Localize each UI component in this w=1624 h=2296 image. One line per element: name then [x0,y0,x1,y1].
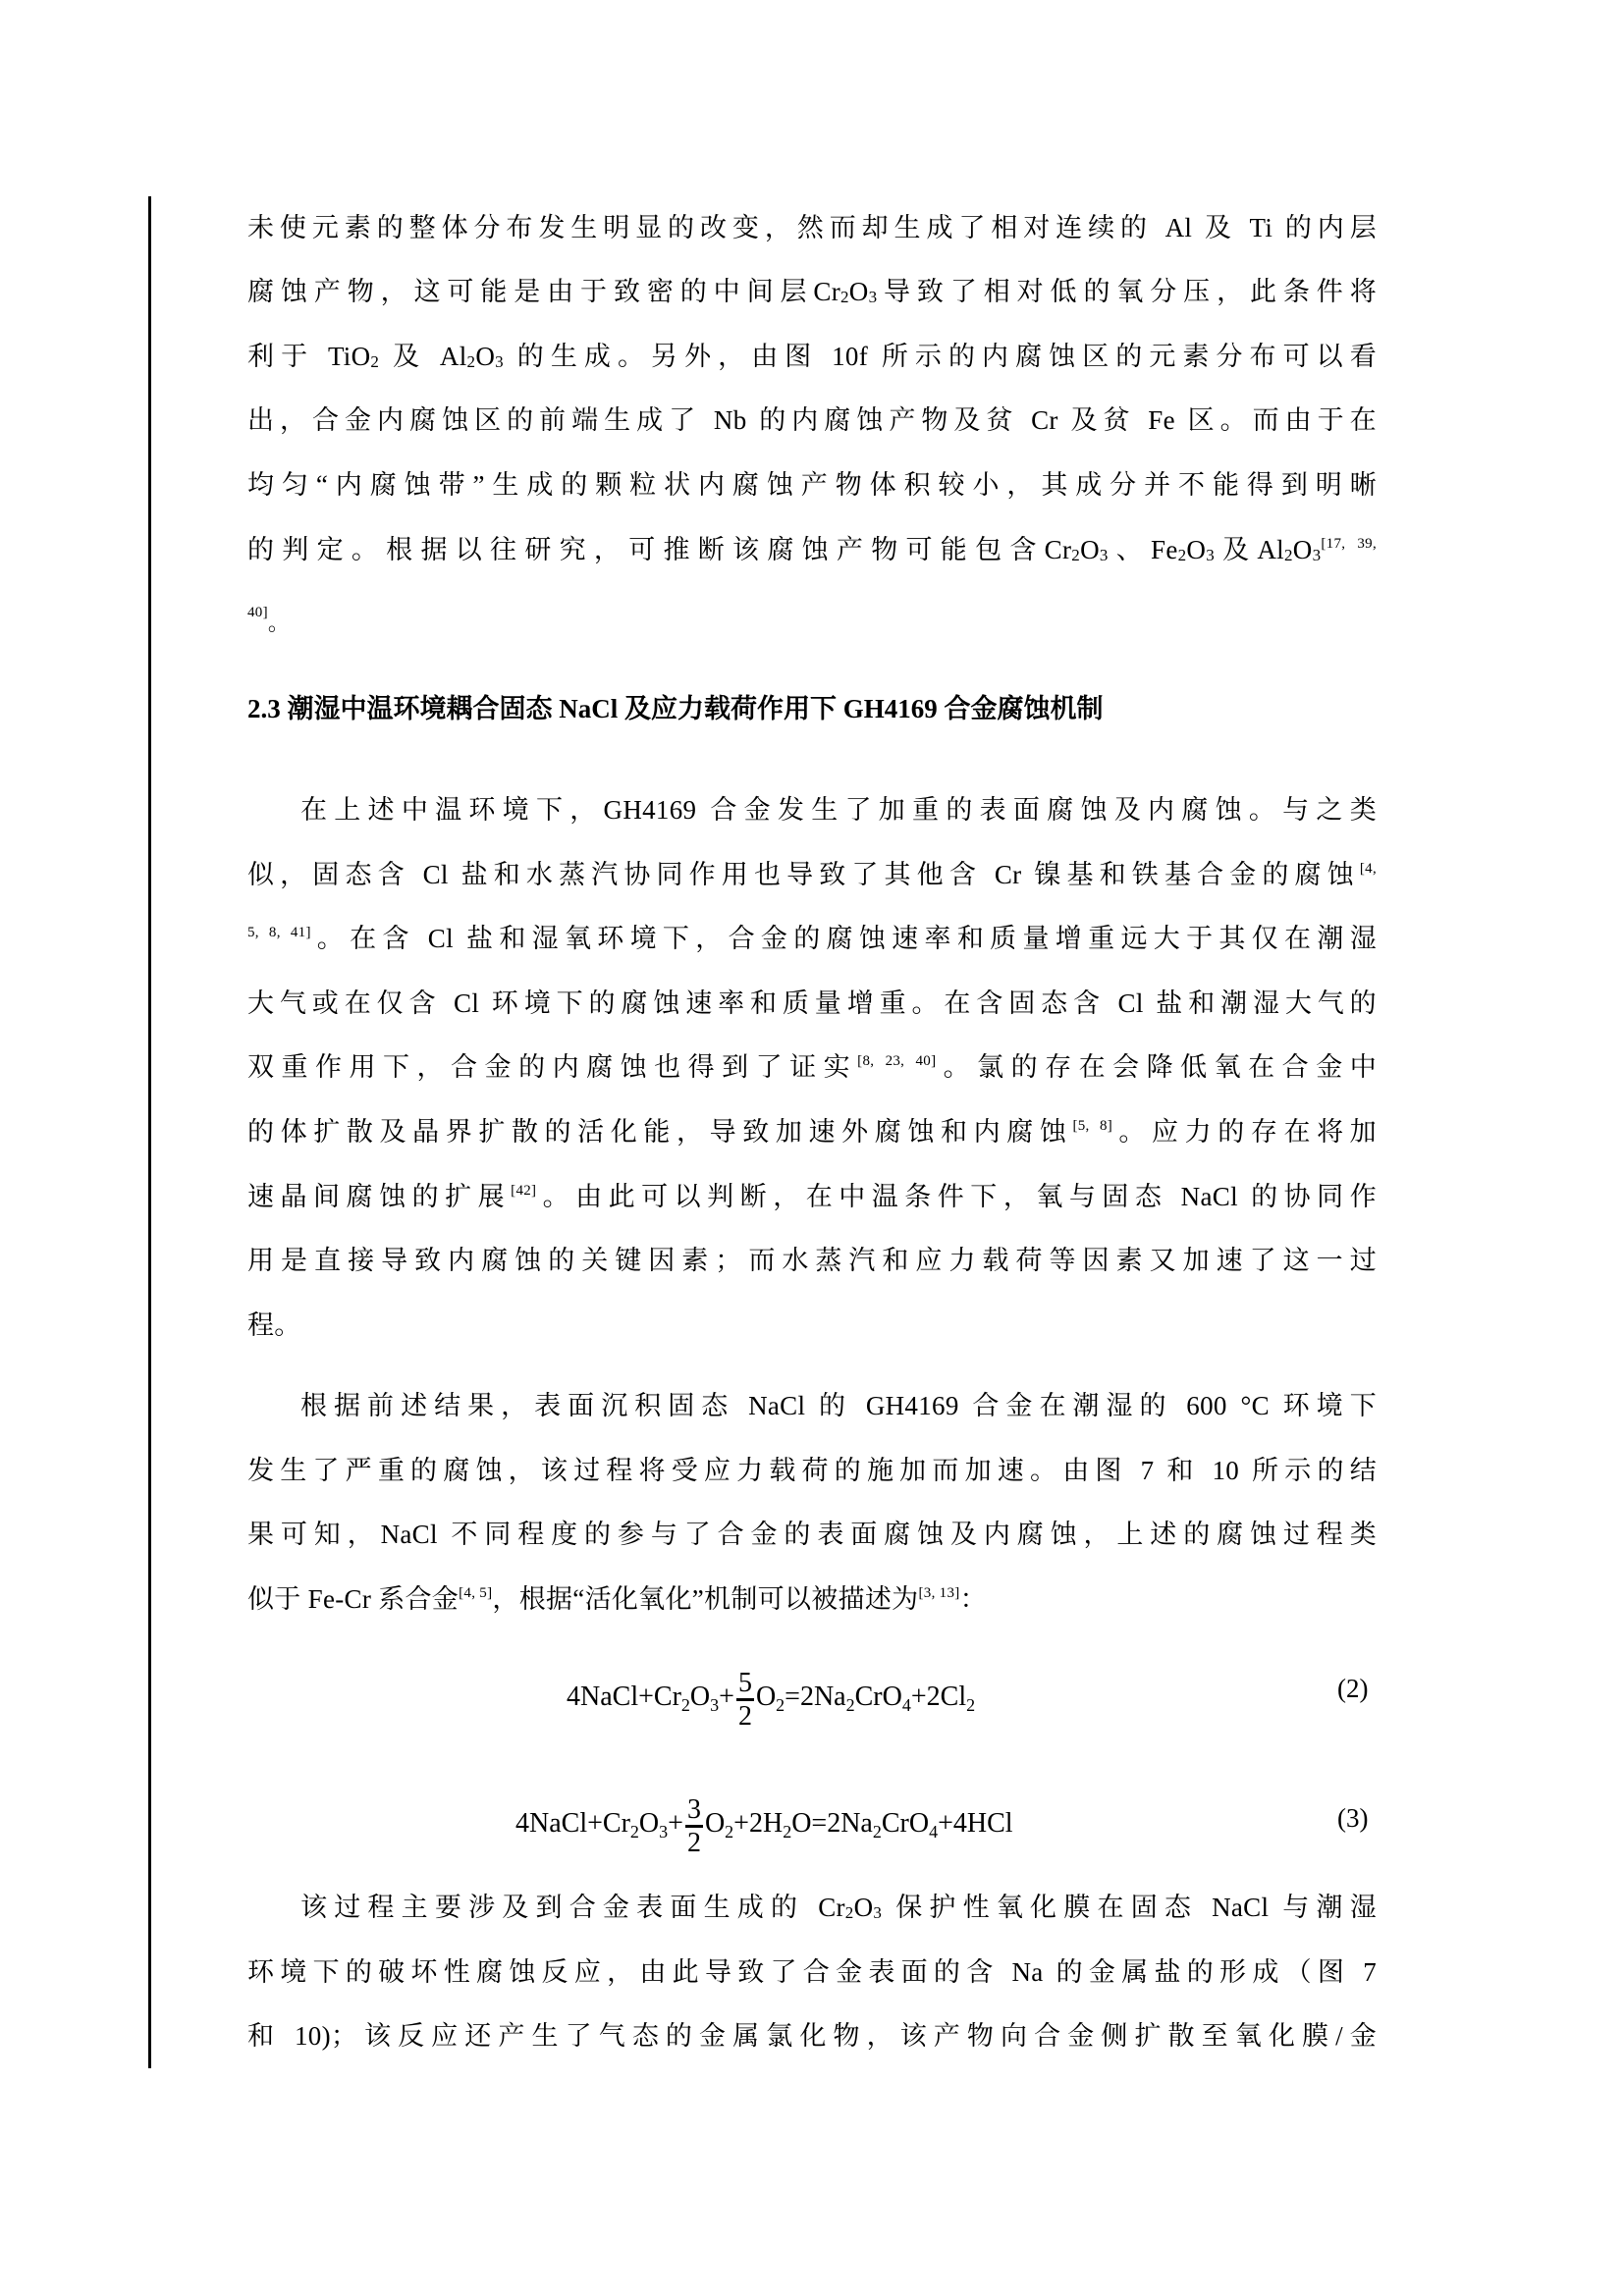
section-heading: 2.3 潮湿中温环境耦合固态 NaCl 及应力载荷作用下 GH4169 合金腐蚀… [247,689,1104,728]
text-line: 大气或在仅含 Cl 环境下的腐蚀速率和质量增重。在含固态含 Cl 盐和潮湿大气的 [247,984,1377,1023]
subscript: 4 [902,1695,911,1715]
text-segment: 。氯的存在会降低氧在合金中 [936,1052,1377,1082]
eq-term: O [639,1808,659,1839]
subscript: 2 [630,1822,639,1842]
text-line: 发生了严重的腐蚀，该过程将受应力载荷的施加而加速。由图 7 和 10 所示的结 [247,1451,1377,1490]
text-segment: 导致了相对低的氧分压，此条件将 [877,277,1377,306]
subscript: 2 [467,352,476,371]
text-segment: 似于 Fe-Cr 系合金 [247,1584,459,1614]
text-line: 的体扩散及晶界扩散的活化能，导致加速外腐蚀和内腐蚀[5, 8]。应力的存在将加 [247,1112,1377,1151]
text-segment: 。由此可以判断，在中温条件下，氧与固态 NaCl 的协同作 [536,1182,1377,1211]
eq-term: O [756,1682,776,1712]
text-segment: ： [960,1584,987,1614]
text-segment: 程。 [247,1310,301,1340]
text-line: 该过程主要涉及到合金表面生成的 Cr2O3 保护性氧化膜在固态 NaCl 与潮湿 [300,1888,1377,1927]
text-segment: O [1186,535,1206,564]
text-segment: 。 [268,611,290,635]
text-segment: ，根据“活化氧化”机制可以被描述为 [492,1584,918,1614]
citation-ref: [5, 8] [1072,1118,1112,1134]
subscript: 3 [1206,546,1215,564]
subscript: 2 [1284,546,1293,564]
citation-ref: [8, 23, 40] [857,1053,936,1069]
text-segment: 未使元素的整体分布发生明显的改变，然而却生成了相对连续的 Al 及 Ti 的内层 [247,213,1377,242]
text-segment: 和 10)；该反应还产生了气态的金属氯化物，该产物向合金侧扩散至氧化膜/金 [247,2021,1377,2051]
left-margin-rule [148,196,151,2068]
text-segment: 均匀“内腐蚀带”生成的颗粒状内腐蚀产物体积较小，其成分并不能得到明晰 [247,470,1377,500]
text-segment: O [1293,535,1313,564]
citation-ref: [42] [511,1183,536,1199]
subscript: 3 [495,352,504,371]
text-segment: 用是直接导致内腐蚀的关键因素；而水蒸汽和应力载荷等因素又加速了这一过 [247,1246,1377,1275]
text-line: 均匀“内腐蚀带”生成的颗粒状内腐蚀产物体积较小，其成分并不能得到明晰 [247,465,1377,505]
text-line: 程。 [247,1306,1377,1345]
subscript: 2 [681,1695,690,1715]
eq-term: +4HCl [938,1808,1012,1839]
text-line: 果可知，NaCl 不同程度的参与了合金的表面腐蚀及内腐蚀，上述的腐蚀过程类 [247,1515,1377,1554]
text-line: 根据前述结果，表面沉积固态 NaCl 的 GH4169 合金在潮湿的 600 °… [300,1386,1377,1425]
text-line: 未使元素的整体分布发生明显的改变，然而却生成了相对连续的 Al 及 Ti 的内层 [247,208,1377,247]
text-segment: 果可知，NaCl 不同程度的参与了合金的表面腐蚀及内腐蚀，上述的腐蚀过程类 [247,1520,1377,1549]
eq-term: +2H [733,1808,783,1839]
fraction: 32 [685,1795,703,1859]
fraction-denominator: 2 [685,1828,703,1859]
subscript: 2 [846,1695,855,1715]
subscript: 2 [1071,546,1080,564]
citation-ref: [17, 39, [1321,536,1377,552]
equation-3: 4NaCl+Cr2O3+32O2+2H2O=2Na2CrO4+4HCl [515,1793,1013,1857]
eq-term: =2Na [785,1682,845,1712]
text-segment: 的生成。另外，由图 10f 所示的内腐蚀区的元素分布可以看 [504,342,1377,371]
text-segment: 根据前述结果，表面沉积固态 NaCl 的 GH4169 合金在潮湿的 600 °… [300,1391,1377,1420]
text-line: 在上述中温环境下，GH4169 合金发生了加重的表面腐蚀及内腐蚀。与之类 [300,790,1377,829]
fraction-denominator: 2 [736,1701,754,1733]
text-line: 40]。 [247,594,1377,633]
citation-ref: 40] [247,605,268,620]
text-segment: 似，固态含 Cl 盐和水蒸汽协同作用也导致了其他含 Cr 镍基和铁基合金的腐蚀 [247,860,1360,889]
subscript: 3 [873,1903,882,1922]
text-segment: 速晶间腐蚀的扩展 [247,1182,511,1211]
text-segment: 利于 TiO [247,342,370,371]
text-segment: 双重作用下，合金的内腐蚀也得到了证实 [247,1052,857,1082]
text-line: 腐蚀产物，这可能是由于致密的中间层Cr2O3导致了相对低的氧分压，此条件将 [247,272,1377,311]
subscript: 2 [370,352,379,371]
equation-number-3: (3) [1337,1798,1368,1838]
eq-term: O [690,1682,710,1712]
text-segment: 。应力的存在将加 [1112,1117,1377,1147]
eq-term: O [705,1808,725,1839]
text-segment: 大气或在仅含 Cl 环境下的腐蚀速率和质量增重。在含固态含 Cl 盐和潮湿大气的 [247,988,1377,1018]
eq-term: 4NaCl+Cr [567,1682,681,1712]
fraction-numerator: 3 [685,1795,703,1828]
subscript: 2 [873,1822,882,1842]
subscript: 2 [783,1822,791,1842]
text-segment: O [849,277,869,306]
text-line: 用是直接导致内腐蚀的关键因素；而水蒸汽和应力载荷等因素又加速了这一过 [247,1241,1377,1280]
text-segment: 保护性氧化膜在固态 NaCl 与潮湿 [882,1893,1377,1922]
text-line: 速晶间腐蚀的扩展[42]。由此可以判断，在中温条件下，氧与固态 NaCl 的协同… [247,1177,1377,1216]
text-line: 出，合金内腐蚀区的前端生成了 Nb 的内腐蚀产物及贫 Cr 及贫 Fe 区。而由… [247,400,1377,440]
text-segment: 的判定。根据以往研究，可推断该腐蚀产物可能包含Cr [247,535,1071,564]
text-segment: 。在含 Cl 盐和湿氧环境下，合金的腐蚀速率和质量增重远大于其仅在潮湿 [311,924,1377,953]
text-line: 的判定。根据以往研究，可推断该腐蚀产物可能包含Cr2O3、Fe2O3及Al2O3… [247,530,1377,569]
text-line: 环境下的破坏性腐蚀反应，由此导致了合金表面的含 Na 的金属盐的形成（图 7 [247,1952,1377,1992]
text-line: 似于 Fe-Cr 系合金[4, 5]，根据“活化氧化”机制可以被描述为[3, 1… [247,1579,1377,1619]
citation-ref: [4, 5] [459,1585,492,1601]
subscript: 4 [929,1822,938,1842]
eq-term: + [668,1808,683,1839]
text-segment: 及Al [1215,535,1284,564]
text-line: 似，固态含 Cl 盐和水蒸汽协同作用也导致了其他含 Cr 镍基和铁基合金的腐蚀[… [247,855,1377,894]
subscript: 2 [840,288,849,306]
subscript: 3 [710,1695,719,1715]
eq-term: + [719,1682,734,1712]
text-line: 和 10)；该反应还产生了气态的金属氯化物，该产物向合金侧扩散至氧化膜/金 [247,2016,1377,2056]
eq-term: CrO [882,1808,929,1839]
eq-term: O=2Na [791,1808,873,1839]
fraction: 52 [736,1669,754,1733]
equation-number-2: (2) [1337,1669,1368,1708]
text-segment: 在上述中温环境下，GH4169 合金发生了加重的表面腐蚀及内腐蚀。与之类 [300,795,1377,825]
eq-term: CrO [855,1682,902,1712]
subscript: 3 [659,1822,668,1842]
subscript: 2 [725,1822,733,1842]
text-segment: 、Fe [1109,535,1178,564]
text-segment: 的体扩散及晶界扩散的活化能，导致加速外腐蚀和内腐蚀 [247,1117,1072,1147]
text-line: 双重作用下，合金的内腐蚀也得到了证实[8, 23, 40]。氯的存在会降低氧在合… [247,1047,1377,1087]
citation-ref: [4, [1360,861,1377,877]
text-segment: 环境下的破坏性腐蚀反应，由此导致了合金表面的含 Na 的金属盐的形成（图 7 [247,1957,1377,1987]
text-segment: O [854,1893,874,1922]
citation-ref: 5, 8, 41] [247,925,311,940]
text-segment: O [475,342,495,371]
text-line: 利于 TiO2 及 Al2O3 的生成。另外，由图 10f 所示的内腐蚀区的元素… [247,337,1377,376]
subscript: 3 [1100,546,1109,564]
subscript: 2 [845,1903,854,1922]
text-segment: 腐蚀产物，这可能是由于致密的中间层Cr [247,277,840,306]
text-segment: 出，合金内腐蚀区的前端生成了 Nb 的内腐蚀产物及贫 Cr 及贫 Fe 区。而由… [247,405,1377,435]
eq-term: +2Cl [911,1682,966,1712]
text-segment: O [1080,535,1100,564]
equation-2: 4NaCl+Cr2O3+52O2=2Na2CrO4+2Cl2 [567,1667,975,1731]
subscript: 2 [966,1695,975,1715]
eq-term: 4NaCl+Cr [515,1808,630,1839]
subscript: 2 [776,1695,785,1715]
fraction-numerator: 5 [736,1669,754,1701]
text-line: 5, 8, 41]。在含 Cl 盐和湿氧环境下，合金的腐蚀速率和质量增重远大于其… [247,919,1377,958]
text-segment: 发生了严重的腐蚀，该过程将受应力载荷的施加而加速。由图 7 和 10 所示的结 [247,1456,1377,1485]
text-segment: 该过程主要涉及到合金表面生成的 Cr [300,1893,845,1922]
text-segment: 及 Al [379,342,466,371]
citation-ref: [3, 13] [918,1585,959,1601]
